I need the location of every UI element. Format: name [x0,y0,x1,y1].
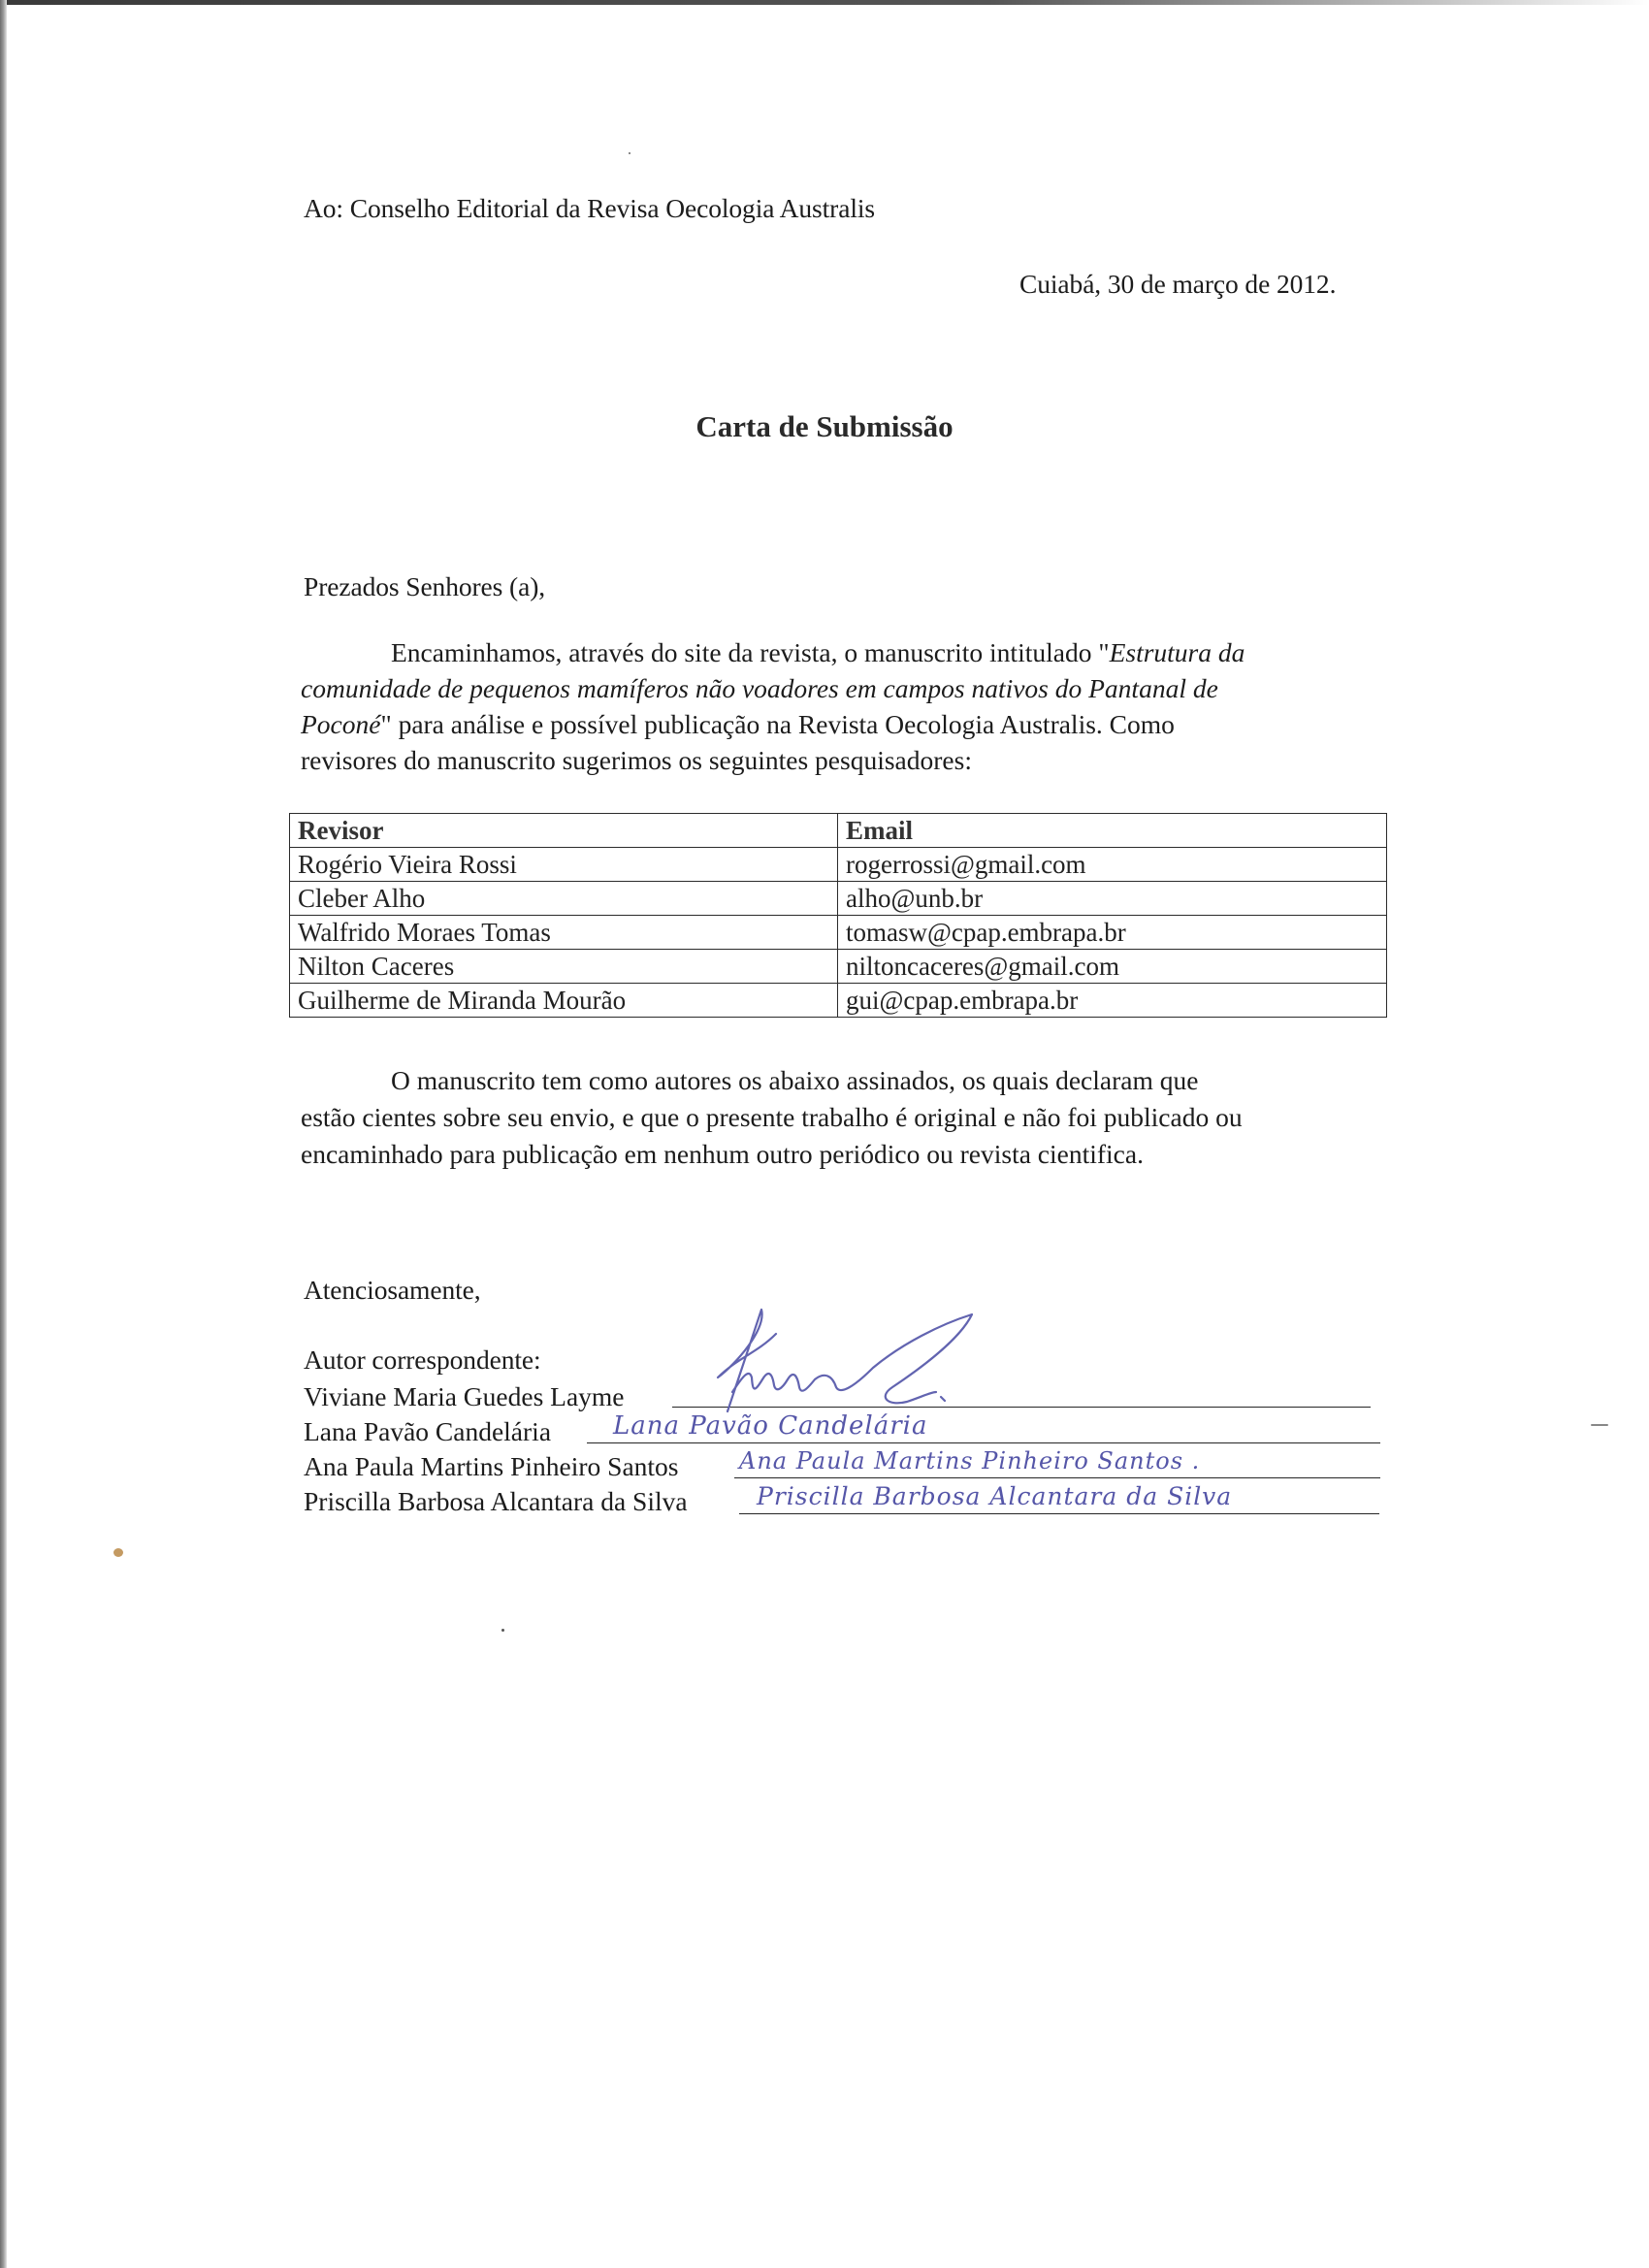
signatory-name: Viviane Maria Guedes Layme [304,1381,625,1412]
paragraph1-line3: Poconé" para análise e possível publicaç… [301,709,1175,740]
header-reviewer: Revisor [290,814,838,848]
table-row: Cleber Alhoalho@unb.br [290,882,1387,916]
corresponding-author-label: Autor correspondente: [304,1346,541,1374]
reviewer-name: Nilton Caceres [290,950,838,984]
header-email: Email [838,814,1387,848]
signatory-name: Lana Pavão Candelária [304,1416,551,1447]
scan-speck [1591,1424,1608,1426]
closing: Atenciosamente, [304,1277,481,1304]
reviewer-name: Walfrido Moraes Tomas [290,916,838,950]
paragraph2-line3: encaminhado para publicação em nenhum ou… [301,1139,1144,1170]
recipient-line: Ao: Conselho Editorial da Revisa Oecolog… [304,195,875,222]
reviewer-email: tomasw@cpap.embrapa.br [838,916,1387,950]
handwritten-signature-icon [698,1300,1028,1421]
signatory-name: Ana Paula Martins Pinheiro Santos [304,1451,679,1482]
paragraph1-line2: comunidade de pequenos mamíferos não voa… [301,673,1218,704]
reviewers-table: Revisor Email Rogério Vieira Rossirogerr… [289,813,1387,1018]
scan-edge-top [0,0,1649,5]
page-title: Carta de Submissão [0,409,1649,444]
signature-line [587,1442,1380,1443]
salutation: Prezados Senhores (a), [304,573,545,600]
scan-speck [629,152,630,154]
table-row: Nilton Caceresniltoncaceres@gmail.com [290,950,1387,984]
table-row: Walfrido Moraes Tomastomasw@cpap.embrapa… [290,916,1387,950]
table-row: Rogério Vieira Rossirogerrossi@gmail.com [290,848,1387,882]
reviewer-name: Rogério Vieira Rossi [290,848,838,882]
scan-speck [113,1548,123,1557]
table-row: Guilherme de Miranda Mourãogui@cpap.embr… [290,984,1387,1018]
paragraph1-line4: revisores do manuscrito sugerimos os seg… [301,745,972,776]
reviewer-email: niltoncaceres@gmail.com [838,950,1387,984]
handwritten-signature: Priscilla Barbosa Alcantara da Silva [757,1482,1232,1510]
signature-line [734,1477,1380,1478]
reviewer-email: gui@cpap.embrapa.br [838,984,1387,1018]
scan-edge-left [0,0,7,2268]
reviewer-name: Cleber Alho [290,882,838,916]
table-header-row: Revisor Email [290,814,1387,848]
paragraph2-line2: estão cientes sobre seu envio, e que o p… [301,1102,1243,1133]
scan-speck [501,1629,504,1632]
paragraph2-line1: O manuscrito tem como autores os abaixo … [391,1065,1198,1096]
paragraph1-line1: Encaminhamos, através do site da revista… [391,637,1245,668]
handwritten-signature: Ana Paula Martins Pinheiro Santos . [739,1447,1200,1474]
reviewer-email: rogerrossi@gmail.com [838,848,1387,882]
reviewer-name: Guilherme de Miranda Mourão [290,984,838,1018]
signature-line [739,1513,1379,1514]
place-date: Cuiabá, 30 de março de 2012. [1019,271,1336,298]
reviewer-email: alho@unb.br [838,882,1387,916]
handwritten-signature: Lana Pavão Candelária [613,1411,927,1441]
signatory-name: Priscilla Barbosa Alcantara da Silva [304,1486,688,1517]
